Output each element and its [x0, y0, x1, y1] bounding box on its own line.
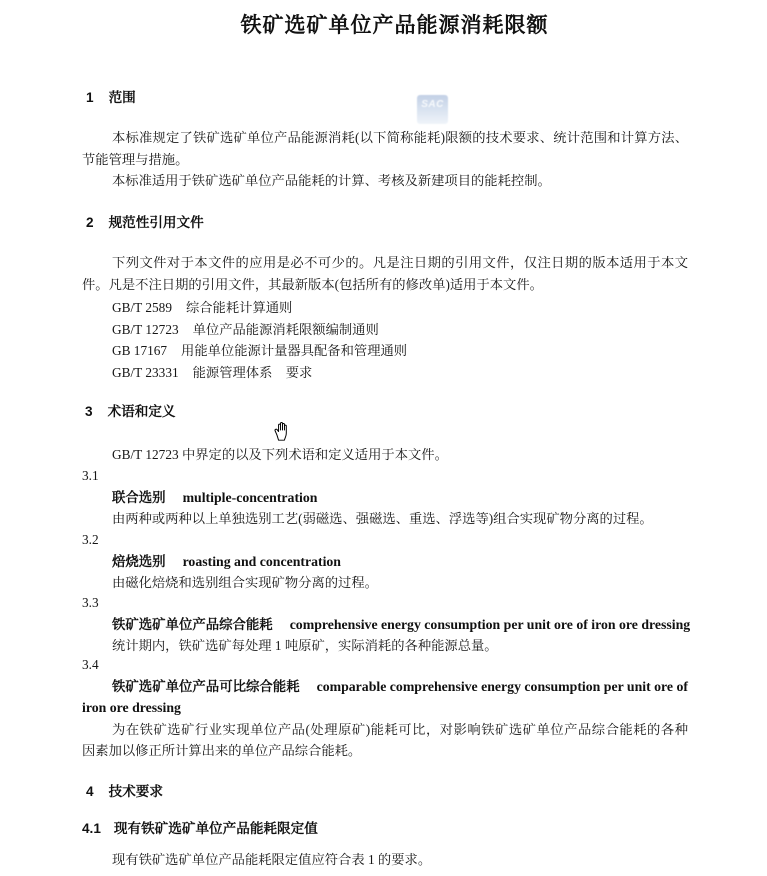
section-4-1-body: 现有铁矿选矿单位产品能耗限定值应符合表 1 的要求。 — [82, 849, 688, 871]
reference-item: GB/T 23331能源管理体系 要求 — [82, 362, 688, 384]
reference-item: GB/T 12723单位产品能源消耗限额编制通则 — [82, 319, 688, 341]
term-title: 铁矿选矿单位产品综合能耗comprehensive energy consump… — [82, 614, 688, 636]
section-4-heading: 4技术要求 — [86, 781, 163, 803]
standard-document-page: 铁矿选矿单位产品能源消耗限额 SAC 1范围 本标准规定了铁矿选矿单位产品能源消… — [0, 0, 767, 876]
section-4-1-heading: 4.1现有铁矿选矿单位产品能耗限定值 — [82, 818, 318, 840]
sac-watermark: SAC — [417, 95, 448, 124]
term-title-continued: iron ore dressing — [82, 697, 688, 719]
section-3-number: 3 — [85, 401, 93, 423]
paragraph-line: 本标准适用于铁矿选矿单位产品能耗的计算、考核及新建项目的能耗控制。 — [82, 170, 688, 192]
paragraph-line: 下列文件对于本文件的应用是必不可少的。凡是注日期的引用文件，仅注日期的版本适用于… — [82, 252, 688, 274]
section-3-intro: GB/T 12723 中界定的以及下列术语和定义适用于本文件。 — [82, 444, 688, 466]
term-english: comprehensive energy consumption per uni… — [290, 617, 691, 632]
term-title: 联合选别multiple-concentration — [82, 487, 688, 509]
term-chinese: 联合选别 — [112, 490, 166, 505]
term-chinese: 焙烧选别 — [112, 554, 166, 569]
section-4-1-number: 4.1 — [82, 818, 101, 840]
reference-item: GB 17167用能单位能源计量器具配备和管理通则 — [82, 340, 688, 362]
term-english: roasting and concentration — [183, 554, 341, 569]
term-english: comparable comprehensive energy consumpt… — [317, 679, 688, 694]
document-title: 铁矿选矿单位产品能源消耗限额 — [0, 12, 767, 40]
section-1-body: 本标准规定了铁矿选矿单位产品能源消耗(以下简称能耗)限额的技术要求、统计范围和计… — [82, 127, 688, 192]
section-2-title: 规范性引用文件 — [109, 215, 204, 230]
term-english: multiple-concentration — [183, 490, 318, 505]
term-number: 3.4 — [82, 654, 688, 676]
section-1-title: 范围 — [109, 90, 136, 105]
term-definition: 由磁化焙烧和选别组合实现矿物分离的过程。 — [82, 572, 688, 594]
section-4-title: 技术要求 — [109, 784, 163, 799]
term-entry-3-3: 3.3 铁矿选矿单位产品综合能耗comprehensive energy con… — [82, 592, 688, 657]
term-entry-3-2: 3.2 焙烧选别roasting and concentration 由磁化焙烧… — [82, 529, 688, 594]
reference-code: GB/T 23331 — [112, 362, 179, 384]
term-entry-3-4: 3.4 铁矿选矿单位产品可比综合能耗comparable comprehensi… — [82, 654, 688, 762]
section-4-1-title: 现有铁矿选矿单位产品能耗限定值 — [114, 821, 318, 836]
term-number: 3.1 — [82, 465, 688, 487]
reference-code: GB/T 2589 — [112, 297, 172, 319]
section-2-heading: 2规范性引用文件 — [86, 212, 204, 234]
section-1-number: 1 — [86, 87, 94, 109]
reference-name: 用能单位能源计量器具配备和管理通则 — [181, 343, 407, 358]
reference-name: 综合能耗计算通则 — [186, 300, 292, 315]
term-number: 3.3 — [82, 592, 688, 614]
term-number: 3.2 — [82, 529, 688, 551]
reference-item: GB/T 2589综合能耗计算通则 — [82, 297, 688, 319]
reference-name: 能源管理体系 要求 — [193, 365, 313, 380]
paragraph-line: 本标准规定了铁矿选矿单位产品能源消耗(以下简称能耗)限额的技术要求、统计范围和计… — [82, 127, 688, 149]
section-4-number: 4 — [86, 781, 94, 803]
section-2-number: 2 — [86, 212, 94, 234]
reference-code: GB/T 12723 — [112, 319, 179, 341]
paragraph-line: 件。凡是不注日期的引用文件，其最新版本(包括所有的修改单)适用于本文件。 — [82, 274, 688, 296]
term-title: 焙烧选别roasting and concentration — [82, 551, 688, 573]
paragraph-line: 现有铁矿选矿单位产品能耗限定值应符合表 1 的要求。 — [82, 849, 688, 871]
term-title: 铁矿选矿单位产品可比综合能耗comparable comprehensive e… — [82, 676, 688, 698]
sac-watermark-label: SAC — [421, 99, 444, 124]
normative-references-list: GB/T 2589综合能耗计算通则 GB/T 12723单位产品能源消耗限额编制… — [82, 297, 688, 383]
section-1-heading: 1范围 — [86, 87, 136, 109]
term-definition: 由两种或两种以上单独选别工艺(弱磁选、强磁选、重选、浮选等)组合实现矿物分离的过… — [82, 508, 688, 530]
reference-name: 单位产品能源消耗限额编制通则 — [193, 322, 379, 337]
term-definition: 为在铁矿选矿行业实现单位产品(处理原矿)能耗可比，对影响铁矿选矿单位产品综合能耗… — [82, 719, 688, 741]
section-3-heading: 3术语和定义 — [85, 401, 176, 423]
term-chinese: 铁矿选矿单位产品可比综合能耗 — [112, 679, 300, 694]
hand-cursor-icon — [272, 420, 293, 442]
paragraph-line: 节能管理与措施。 — [82, 149, 688, 171]
term-english-continued: iron ore dressing — [82, 700, 181, 715]
section-3-title: 术语和定义 — [108, 404, 176, 419]
section-2-body: 下列文件对于本文件的应用是必不可少的。凡是注日期的引用文件，仅注日期的版本适用于… — [82, 252, 688, 295]
paragraph-line: GB/T 12723 中界定的以及下列术语和定义适用于本文件。 — [82, 444, 688, 466]
term-chinese: 铁矿选矿单位产品综合能耗 — [112, 617, 273, 632]
reference-code: GB 17167 — [112, 340, 167, 362]
term-entry-3-1: 3.1 联合选别multiple-concentration 由两种或两种以上单… — [82, 465, 688, 530]
term-definition-continued: 因素加以修正所计算出来的单位产品综合能耗。 — [82, 740, 688, 762]
